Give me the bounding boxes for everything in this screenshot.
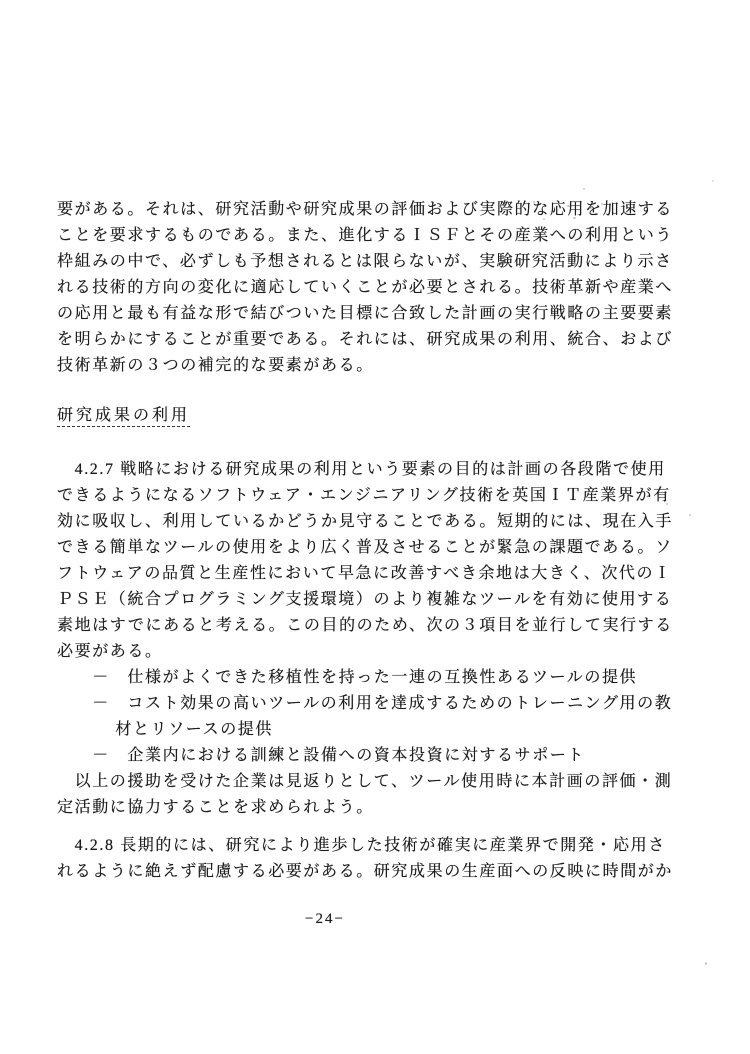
text-line: ＰＳＥ（統合プログラミング支援環境）のより複雑なツールを有効に使用する [57, 587, 705, 613]
text-line: 4.2.8 長期的には、研究により進歩した技術が確実に産業界で開発・応用さ [57, 833, 705, 859]
text-line: フトウェアの品質と生産性において早急に改善すべき余地は大きく、次代のＩ [57, 561, 705, 587]
scan-speck [543, 218, 545, 220]
paragraph-428: 4.2.8 長期的には、研究により進歩した技術が確実に産業界で開発・応用さ れる… [57, 833, 705, 885]
text-line: 要がある。それは、研究活動や研究成果の評価および実際的な応用を加速する [57, 197, 705, 223]
scan-speck [601, 203, 603, 205]
paragraph-followup: 以上の援助を受けた企業は見返りとして、ツール使用時に本計画の評価・測 定活動に協… [57, 769, 705, 821]
text-line: 定活動に協力することを求められよう。 [57, 795, 705, 821]
text-line: れる技術的方向の変化に適応していくことが必要とされる。技術革新や産業へ [57, 275, 705, 301]
bullet-list: － 仕様がよくできた移植性を持った一連の互換性あるツールの提供 － コスト効果の… [57, 665, 705, 769]
scan-speck [583, 188, 585, 190]
paragraph-427: 4.2.7 戦略における研究成果の利用という要素の目的は計画の各段階で使用 でき… [57, 457, 705, 665]
scan-speck [567, 205, 570, 207]
scan-speck [705, 962, 707, 965]
bullet-item: － コスト効果の高いツールの利用を達成するためのトレーニング用の教 [57, 691, 705, 717]
scan-speck [666, 503, 668, 505]
text-line: 素地はすでにあると考える。この目的のため、次の３項目を並行して実行する [57, 613, 705, 639]
text-line: 技術革新の３つの補完的な要素がある。 [57, 353, 705, 379]
text-line: の応用と最も有益な形で結びついた目標に合致した計画の実行戦略の主要要素 [57, 301, 705, 327]
page-number: −24− [280, 911, 370, 928]
scan-speck [689, 514, 691, 516]
scan-speck [533, 201, 535, 203]
text-line: できるようになるソフトウェア・エンジニアリング技術を英国ＩＴ産業界が有 [57, 483, 705, 509]
text-line: 効に吸収し、利用しているかどうか見守ることである。短期的には、現在入手 [57, 509, 705, 535]
text-line: 4.2.7 戦略における研究成果の利用という要素の目的は計画の各段階で使用 [57, 457, 705, 483]
document-page: 要がある。それは、研究活動や研究成果の評価および実際的な応用を加速する ことを要… [0, 0, 750, 1054]
scan-speck [573, 217, 576, 219]
text-line: れるように絶えず配慮する必要がある。研究成果の生産面への反映に時間がか [57, 859, 705, 885]
text-line: 以上の援助を受けた企業は見返りとして、ツール使用時に本計画の評価・測 [57, 769, 705, 795]
paragraph-intro: 要がある。それは、研究活動や研究成果の評価および実際的な応用を加速する ことを要… [57, 197, 705, 379]
section-heading-row: 研究成果の利用 [57, 403, 705, 429]
text-line: 枠組みの中で、必ずしも予想されるとは限らないが、実験研究活動により示さ [57, 249, 705, 275]
section-heading: 研究成果の利用 [57, 407, 190, 427]
text-line: を明らかにすることが重要である。それには、研究成果の利用、統合、および [57, 327, 705, 353]
document-text: 要がある。それは、研究活動や研究成果の評価および実際的な応用を加速する ことを要… [57, 197, 705, 885]
bullet-item-continuation: 材とリソースの提供 [57, 717, 705, 743]
text-line: 必要がある。 [57, 639, 705, 665]
bullet-item: － 企業内における訓練と設備への資本投資に対するサポート [57, 743, 705, 769]
bullet-item: － 仕様がよくできた移植性を持った一連の互換性あるツールの提供 [57, 665, 705, 691]
text-line: ことを要求するものである。また、進化するＩＳＦとその産業への利用という [57, 223, 705, 249]
scan-speck [589, 207, 592, 209]
text-line: できる簡単なツールの使用をより広く普及させることが緊急の課題である。ソ [57, 535, 705, 561]
scan-speck [712, 180, 714, 182]
